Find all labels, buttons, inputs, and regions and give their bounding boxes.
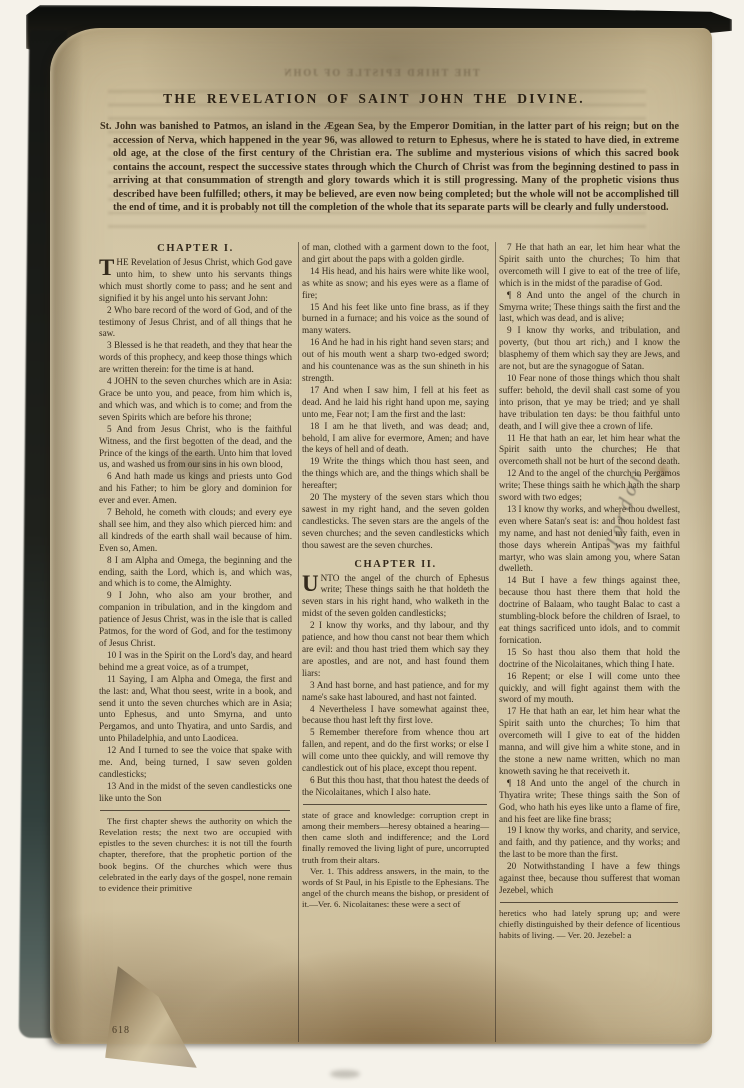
verse-paragraph: 16 Repent; or else I will come unto thee…: [499, 671, 680, 707]
column-3: 7 He that hath an ear, let him hear what…: [495, 242, 686, 1042]
verse-paragraph: 20 The mystery of the seven stars which …: [302, 492, 489, 552]
verse-paragraph: 6 But this thou hast, that thou hatest t…: [302, 775, 489, 799]
verse-paragraph: UNTO the angel of the church of Ephesus …: [302, 573, 489, 621]
verse-paragraph: ¶ 18 And unto the angel of the church in…: [499, 778, 680, 826]
verse-paragraph: 9 I John, who also am your brother, and …: [99, 590, 292, 650]
chapter-1-heading: CHAPTER I.: [99, 243, 292, 254]
verse-text: HE Revelation of Jesus Christ, which God…: [99, 257, 292, 303]
verse-paragraph: ¶ 8 And unto the angel of the church in …: [499, 290, 680, 326]
scanned-page: THE THIRD EPISTLE OF JOHN THE REVELATION…: [50, 28, 712, 1044]
verse-paragraph: 15 And his feet like unto fine brass, as…: [302, 302, 489, 338]
verse-paragraph: 4 JOHN to the seven churches which are i…: [99, 376, 292, 424]
verse-paragraph: 19 I know thy works, and charity, and se…: [499, 825, 680, 861]
verse-paragraph: 12 And I turned to see the voice that sp…: [99, 745, 292, 781]
verse-paragraph: 16 And he had in his right hand seven st…: [302, 337, 489, 385]
footnote-rule: [303, 804, 487, 805]
verse-paragraph: 17 And when I saw him, I fell at his fee…: [302, 385, 489, 421]
dropcap-letter: U: [302, 573, 321, 594]
verse-paragraph: 3 And hast borne, and hast patience, and…: [302, 680, 489, 704]
verse-paragraph: 17 He that hath an ear, let him hear wha…: [499, 706, 680, 777]
footnote-rule: [100, 810, 290, 811]
verse-paragraph: 3 Blessed is he that readeth, and they t…: [99, 340, 292, 376]
verse-paragraph: 13 I know thy works, and where thou dwel…: [499, 504, 680, 575]
verse-text: NTO the angel of the church of Ephesus w…: [302, 573, 489, 619]
footnote-text: state of grace and knowledge: corruption…: [302, 810, 489, 866]
dropcap-letter: T: [99, 257, 116, 278]
footnote-rule: [500, 902, 678, 903]
verse-paragraph: 10 I was in the Spirit on the Lord's day…: [99, 650, 292, 674]
column-3-body: 7 He that hath an ear, let him hear what…: [499, 242, 680, 897]
column-1: CHAPTER I. THE Revelation of Jesus Chris…: [96, 242, 298, 1042]
verse-paragraph: 9 I know thy works, and tribulation, and…: [499, 325, 680, 373]
verse-paragraph: of man, clothed with a garment down to t…: [302, 242, 489, 266]
verse-paragraph: 7 He that hath an ear, let him hear what…: [499, 242, 680, 290]
verse-paragraph: 18 I am he that liveth, and was dead; an…: [302, 421, 489, 457]
footnote-text: Ver. 1. This address answers, in the mai…: [302, 866, 489, 911]
chapter-2-heading: CHAPTER II.: [302, 559, 489, 570]
column-2: of man, clothed with a garment down to t…: [298, 242, 495, 1042]
verse-paragraph: 7 Behold, he cometh with clouds; and eve…: [99, 507, 292, 555]
verse-paragraph: 15 So hast thou also them that hold the …: [499, 647, 680, 671]
verse-paragraph: 5 And from Jesus Christ, who is the fait…: [99, 424, 292, 472]
text-columns: CHAPTER I. THE Revelation of Jesus Chris…: [96, 242, 686, 1042]
verse-paragraph: 4 Nevertheless I have somewhat against t…: [302, 704, 489, 728]
verse-paragraph: 13 And in the midst of the seven candles…: [99, 781, 292, 805]
intro-paragraph: St. John was banished to Patmos, an isla…: [100, 120, 679, 215]
page-number: 618: [112, 1025, 130, 1036]
page-title: THE REVELATION OF SAINT JOHN THE DIVINE.: [50, 91, 698, 107]
verse-paragraph: THE Revelation of Jesus Christ, which Go…: [99, 257, 292, 305]
scan-smudge: [330, 1070, 360, 1078]
verse-paragraph: 12 And to the angel of the church in Per…: [499, 468, 680, 504]
verse-paragraph: 20 Notwithstanding I have a few things a…: [499, 861, 680, 897]
page-content: THE REVELATION OF SAINT JOHN THE DIVINE.…: [50, 28, 712, 1044]
column-2-body: of man, clothed with a garment down to t…: [302, 242, 489, 799]
verse-paragraph: 2 Who bare record of the word of God, an…: [99, 305, 292, 341]
verse-paragraph: 14 His head, and his hairs were white li…: [302, 266, 489, 302]
verse-paragraph: 8 I am Alpha and Omega, the beginning an…: [99, 555, 292, 591]
verse-paragraph: 2 I know thy works, and thy labour, and …: [302, 620, 489, 680]
verse-paragraph: 19 Write the things which thou hast seen…: [302, 456, 489, 492]
verse-paragraph: 6 And hath made us kings and priests unt…: [99, 471, 292, 507]
verse-paragraph: 11 Saying, I am Alpha and Omega, the fir…: [99, 674, 292, 745]
verse-paragraph: 5 Remember therefore from whence thou ar…: [302, 727, 489, 775]
footnote-text: The first chapter shews the authority on…: [99, 816, 292, 894]
footnote-text: heretics who had lately sprung up; and w…: [499, 908, 680, 942]
column-1-body: CHAPTER I. THE Revelation of Jesus Chris…: [99, 242, 292, 805]
